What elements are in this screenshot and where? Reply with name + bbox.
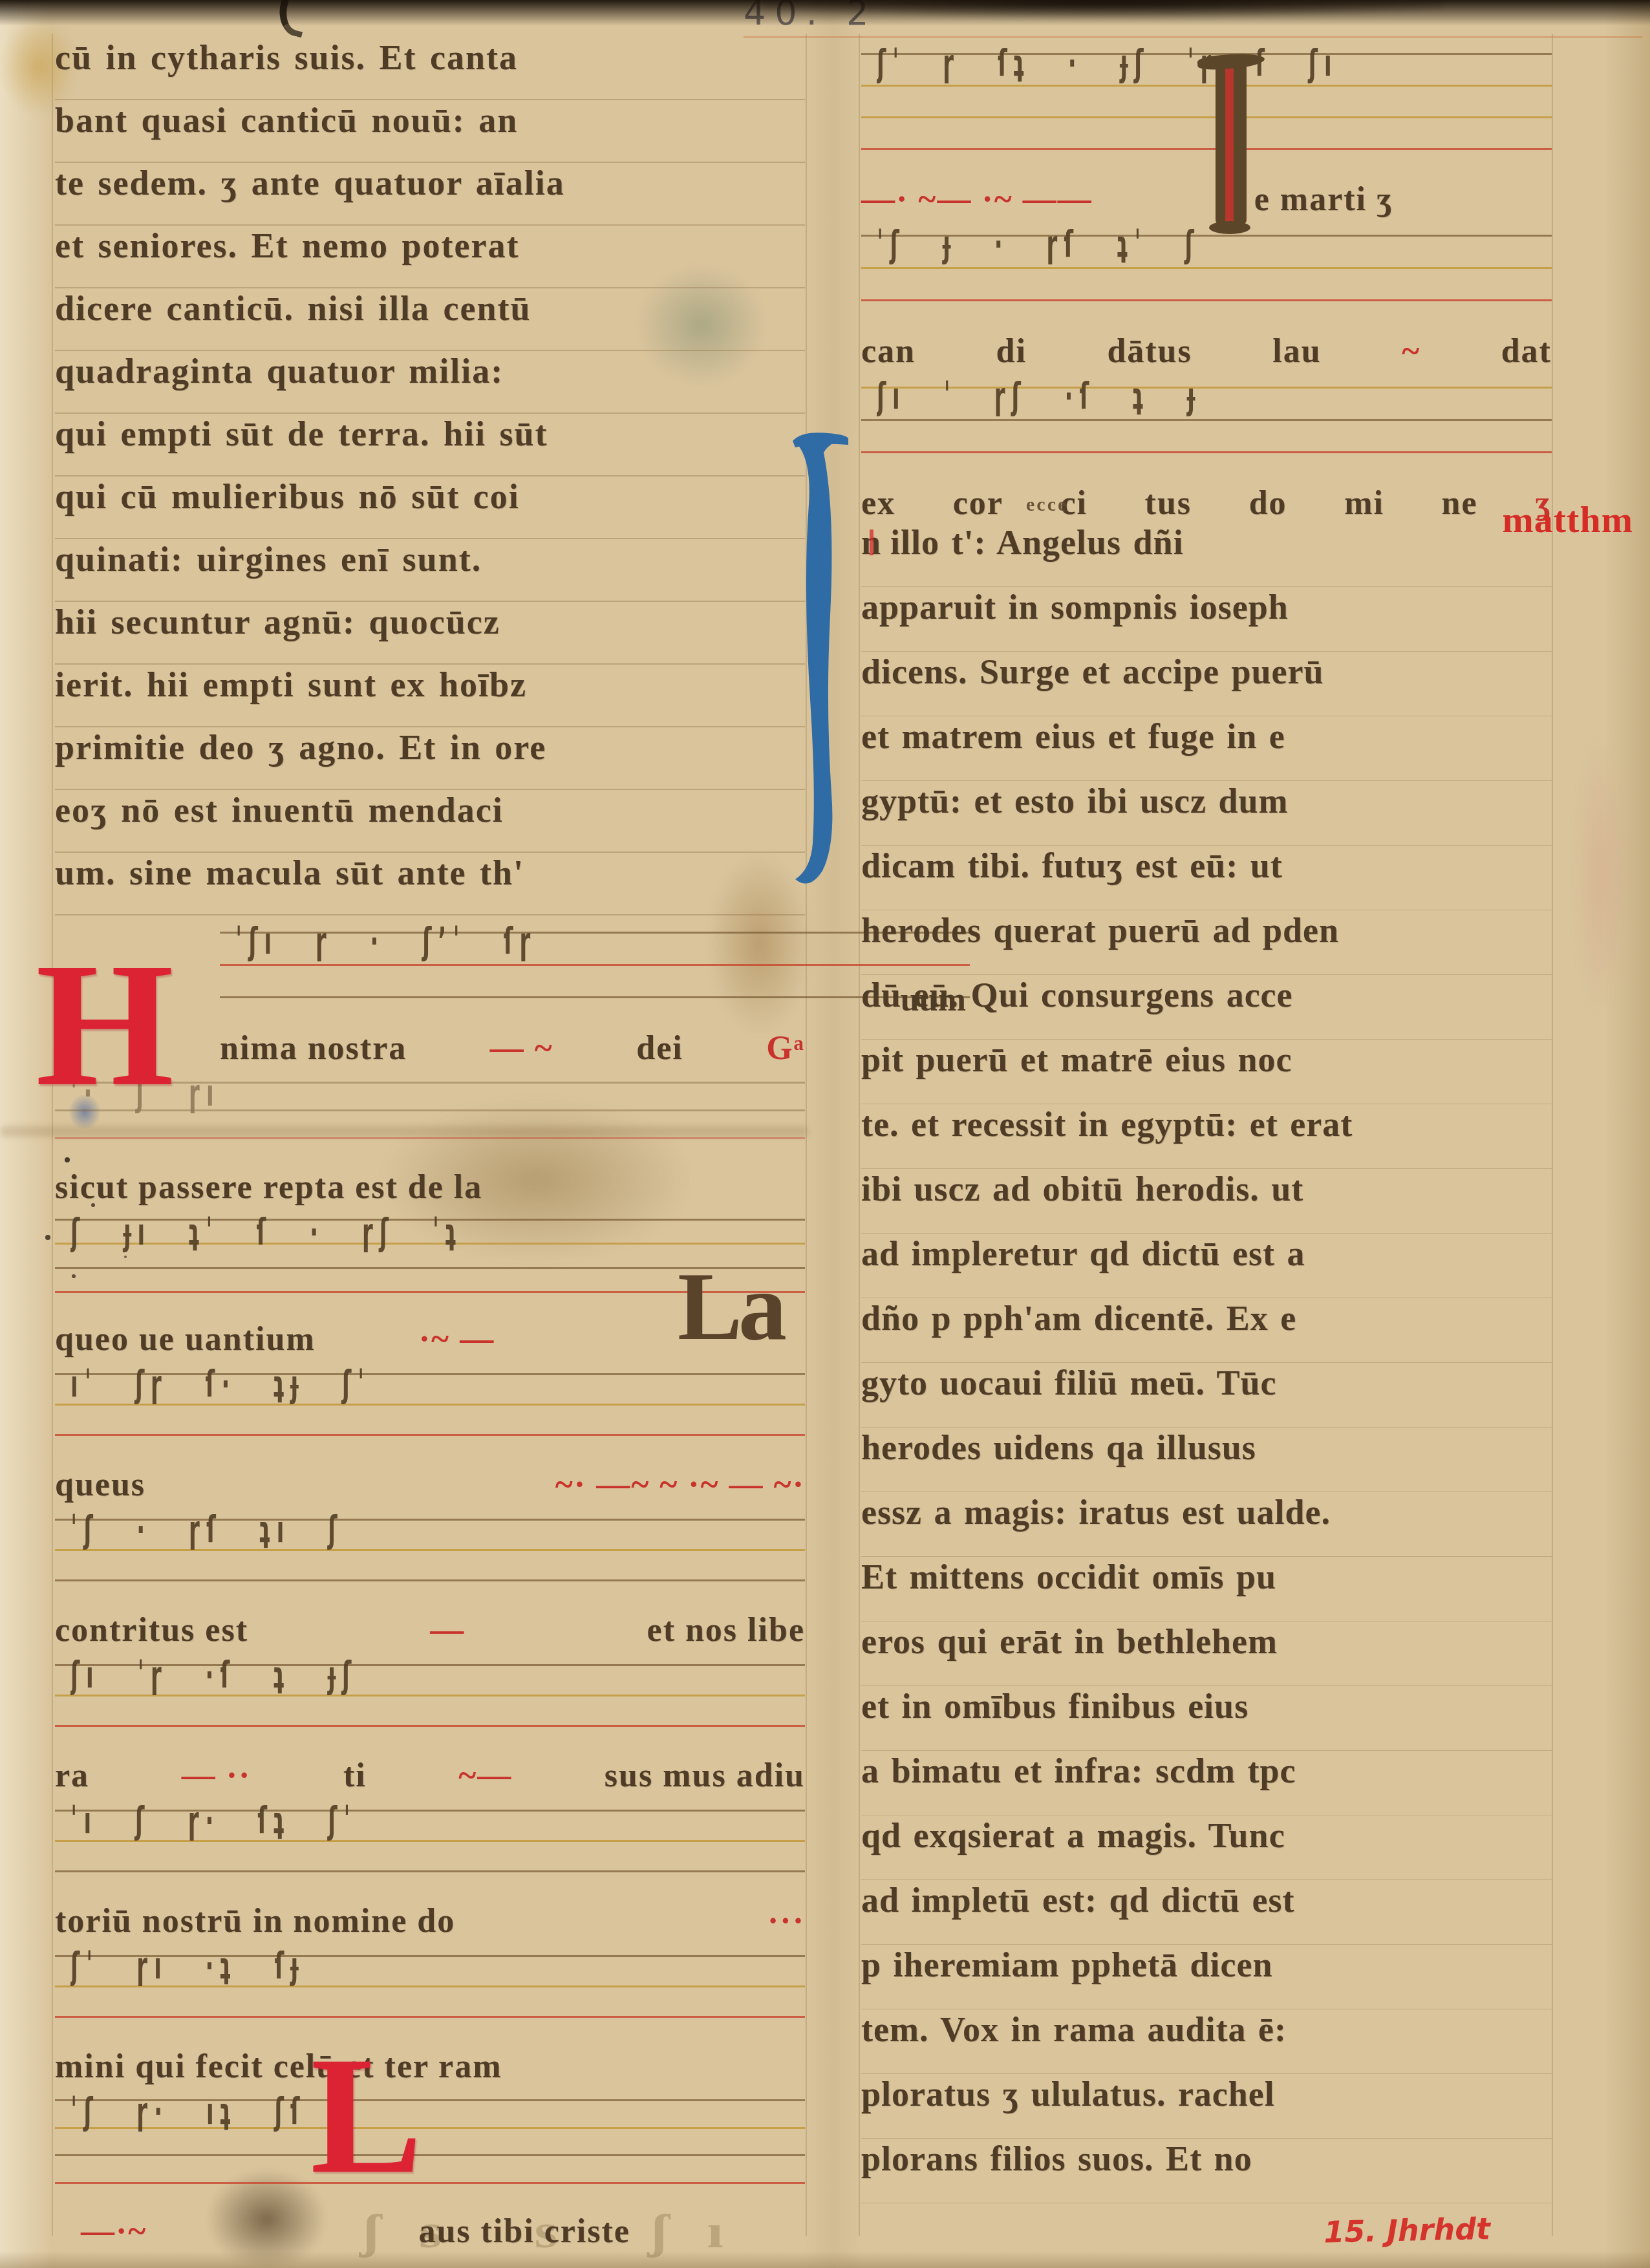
lyric-segment: queus [55, 1466, 145, 1504]
ruling-line-vertical [52, 34, 53, 2236]
lyric-segment: ti [343, 1757, 367, 1795]
lyric-segment: dei [636, 1029, 683, 1067]
staff-line [861, 116, 1552, 118]
music-staff: ˈʃ ɼ· ıʇ ʃſ [55, 2086, 805, 2196]
music-staff: ıˈ ʃɼ ſ· ʇɟ ʃˈ [55, 1358, 805, 1449]
lyric-segment: mini qui fecit celū et ter ram [55, 2048, 502, 2086]
right-column: ʃˈ ɼ ſʇ · ɟʃ ˈɼ ſ ʃı—· ~— ·~ ——e marti ʒ… [861, 37, 1552, 2245]
stain [1574, 737, 1626, 1015]
lyric-segment: sicut passere repta est de la [55, 1168, 482, 1206]
page-edge-left [0, 0, 52, 2268]
gospel-line: ad impleretur qd dictū est a [861, 1234, 1552, 1298]
ruling-line-vertical [859, 34, 860, 2236]
column-gutter [804, 0, 862, 2268]
lyric-segment: — ~ [490, 1029, 553, 1067]
initial-l: L [310, 2037, 422, 2195]
lyric-segment: cor [953, 484, 1003, 522]
page-edge-right [1605, 0, 1650, 2268]
gospel-line: essz a magis: iratus est ualde. [861, 1492, 1552, 1557]
chant-lyric-line: contritus est—et nos libe [55, 1594, 805, 1649]
staff-line [220, 964, 970, 966]
lyric-segment: di [996, 332, 1027, 370]
music-staff: ˈʃ · ɼſ ʇı ʃ [55, 1504, 805, 1594]
gospel-line: gyto uocaui filiū meū. Tūc [861, 1363, 1552, 1428]
chant-lyric-line: sicut passere repta est de la [55, 1151, 805, 1206]
chant-lyric-line: toriū nostrū in nomine do··· [55, 1885, 805, 1940]
staff-line [55, 2016, 805, 2018]
top-edge-pen-mark [273, 0, 310, 37]
music-staff: ˈʃı ɼ · ʃʼˈ ſɼuum [220, 915, 970, 1012]
gospel-line: te. et recessit in egyptū: et erat [861, 1104, 1552, 1169]
neume-notation: ˈʃ · ɼſ ʇı ʃ [70, 1509, 797, 1552]
lyric-segment: can [861, 332, 916, 370]
lyric-segment: do [1249, 484, 1287, 522]
gospel-line: qd exqsierat a magis. Tunc [861, 1815, 1552, 1880]
lyric-segment: lau [1272, 332, 1321, 370]
neume-notation: ˈ· ʃ ɼı [70, 1073, 797, 1115]
staff-line [220, 996, 970, 998]
lyric-segment: ~ [1402, 332, 1420, 370]
gospel-lines: nillo t': Angelus dñiapparuit in sompnis… [861, 522, 1552, 2203]
gospel-line: plorans filios suos. Et no [861, 2139, 1552, 2203]
lyric-segment: sus mus adiu [605, 1757, 805, 1795]
staff-line [861, 451, 1552, 453]
gospel-line: Et mittens occidit omīs pu [861, 1557, 1552, 1621]
left-column: cū in cytharis suis. Et cantabant quasi … [55, 37, 805, 2251]
gospel-line: herodes querat puerū ad pden [861, 910, 1552, 975]
chant-text-line: te sedem. ʒ ante quatuor aīalia [55, 163, 805, 226]
music-staff: ʃı ˈ ɼʃ ·ſ ʇ ɟ [861, 370, 1552, 467]
lyric-segment: —· ~— ·~ —— [861, 180, 1093, 219]
staff-line [861, 148, 1552, 150]
gospel-line: a bimatu et infra: scdm tpc [861, 1751, 1552, 1815]
gospel-line: dicam tibi. futuʒ est eū: ut [861, 846, 1552, 910]
lyric-segment: dat [1501, 332, 1552, 370]
chant-text-line: quinati: uirgines enī sunt. [55, 539, 805, 602]
staff-line [55, 2154, 805, 2156]
chant-text-line: qui empti sūt de terra. hii sūt [55, 414, 805, 476]
lesson-text-block: cū in cytharis suis. Et cantabant quasi … [55, 37, 805, 915]
staff-line [55, 1725, 805, 1727]
neume-notation: ʃˈ ɼı ·ʇ ſɟ [70, 1945, 797, 1988]
music-staff: ʃı ˈɼ ·ſ ʇ ɟʃ [55, 1649, 805, 1740]
neume-notation: ˈʃı ɼ · ʃʼˈ ſɼ [235, 921, 962, 963]
chant-lyric-line: —· ~— ·~ ——e marti ʒ [861, 164, 1552, 219]
chant-lyric-line: queus~· —~ ~ ·~ — ~· [55, 1449, 805, 1504]
chant-music-block-right: ʃˈ ɼ ſʇ · ɟʃ ˈɼ ſ ʃı—· ~— ·~ ——e marti ʒ… [861, 37, 1552, 522]
chant-lyric-line: ra— ··ti~—sus mus adiu [55, 1740, 805, 1795]
chant-text-line: et seniores. Et nemo poterat [55, 226, 805, 288]
gospel-line: tem. Vox in rama audita ē: [861, 2009, 1552, 2074]
chant-text-line: ierit. hii empti sunt ex hoībz [55, 665, 805, 727]
neume-notation: ʃ ɟı ʇˈ ſ · ɼʃ ˈʇ [70, 1212, 797, 1254]
lyric-segment: ne [1442, 484, 1478, 522]
initial-h: H [36, 943, 174, 1107]
neume-notation: ˈı ʃ ɼ· ſʇ ʃˈ [70, 1800, 797, 1843]
lyric-segment: — [430, 1611, 465, 1649]
gospel-line: et matrem eius et fuge in e [861, 716, 1552, 781]
chant-text-line: quadraginta quatuor milia: [55, 351, 805, 414]
gospel-line: dū eū. Qui consurgens acce [861, 975, 1552, 1040]
lyric-segment: dātus [1107, 332, 1192, 370]
lyric-segment: ~· —~ ~ ·~ — ~· [555, 1466, 805, 1504]
lyric-segment: toriū nostrū in nomine do [55, 1902, 455, 1940]
lyric-segment: et nos libe [647, 1611, 805, 1649]
initial-i [789, 428, 850, 910]
neume-notation: ʃı ˈɼ ·ſ ʇ ɟʃ [70, 1654, 797, 1697]
staff-line [55, 2182, 805, 2184]
gospel-line: ploratus ʒ ululatus. rachel [861, 2074, 1552, 2139]
lyric-segment: —·~ [81, 2212, 147, 2251]
top-edge-mark: 40. 2 [744, 0, 877, 33]
initial-la: La [678, 1258, 783, 1355]
chant-text-line: dicere canticū. nisi illa centū [55, 288, 805, 351]
gospel-line: et in omībus finibus eius [861, 1686, 1552, 1751]
lyric-segment: tus [1145, 484, 1192, 522]
chant-text-line: cū in cytharis suis. Et canta [55, 37, 805, 100]
staff-line [55, 1137, 805, 1139]
gospel-line: ad impletū est: qd dictū est [861, 1880, 1552, 1945]
staff-line [55, 1579, 805, 1581]
interlinear-gloss: ecce [1026, 494, 1068, 516]
chant-lyric-line: —·~aus tibi criste [81, 2196, 805, 2251]
lyric-segment: ~— [458, 1757, 512, 1795]
staff-line [55, 1434, 805, 1436]
lyric-segment: ra [55, 1757, 89, 1795]
chant-lyric-line: nima nostra— ~deiGᵃ [220, 1012, 805, 1067]
lyric-segment: e marti ʒ [1254, 180, 1393, 219]
chant-lyric-line: candidātuslau~dat [861, 316, 1552, 370]
lyric-segment: ·~ — [419, 1320, 495, 1358]
lyric-segment: queo ue uantium [55, 1320, 316, 1358]
lyric-segment: aus tibi criste [418, 2212, 630, 2251]
ruling-line-vertical [1552, 34, 1553, 2236]
gospel-line-text: illo t': Angelus dñi [890, 523, 1184, 562]
chant-text-line: hii secuntur agnū: quocūcz [55, 602, 805, 665]
gospel-line: nillo t': Angelus dñi [861, 522, 1552, 587]
gospel-line: dño p pph'am dicentē. Ex e [861, 1298, 1552, 1363]
lyric-segment: nima nostra [220, 1029, 407, 1067]
gospel-line: p iheremiam pphetā dicen [861, 1945, 1552, 2009]
staff-line [861, 267, 1552, 269]
staff-line [861, 299, 1552, 301]
lyric-segment: contritus est [55, 1611, 248, 1649]
versal-initial: n [861, 523, 881, 562]
margin-rubric-matthaeum: matthm [1502, 498, 1633, 541]
lyric-segment: ex [861, 484, 895, 522]
gospel-line: apparuit in sompnis ioseph [861, 587, 1552, 652]
lyric-segment: Gᵃ [766, 1029, 805, 1067]
manuscript-page: 40. 2 ʃs s ʃı cū in cytharis suis. Et ca… [0, 0, 1650, 2268]
chant-text-line: primitie deo ʒ agno. Et in ore [55, 727, 805, 790]
neume-notation: ˈʃ ɼ· ıʇ ʃſ [70, 2091, 797, 2134]
chant-text-line: eoʒ nō est inuentū mendaci [55, 790, 805, 853]
staff-line [861, 419, 1552, 421]
gospel-text-block: ecce matthm nillo t': Angelus dñiapparui… [861, 522, 1552, 2245]
lyric-segment: ··· [767, 1902, 805, 1940]
gospel-line: ibi uscz ad obitū herodis. ut [861, 1169, 1552, 1234]
lyric-segment: — ·· [182, 1757, 252, 1795]
gospel-line: herodes uidens qa illusus [861, 1428, 1552, 1492]
gospel-line: dicens. Surge et accipe puerū [861, 652, 1552, 716]
ruling-line-vertical [806, 34, 807, 2236]
lyric-segment: mi [1344, 484, 1384, 522]
initial-t [1216, 59, 1247, 225]
gospel-line: pit puerū et matrē eius noc [861, 1040, 1552, 1104]
chant-lyric-line: excorcitusdomineʒ [861, 467, 1552, 522]
music-staff: ˈı ʃ ɼ· ſʇ ʃˈ [55, 1795, 805, 1885]
music-staff: ʃ ɟı ʇˈ ſ · ɼʃ ˈʇLa [55, 1206, 805, 1303]
staff-line [55, 1870, 805, 1872]
chant-text-line: qui cū mulieribus nō sūt coi [55, 476, 805, 539]
chant-lyric-line: mini qui fecit celū et ter ram [55, 2031, 805, 2086]
music-staff: ˈʃ ɟ · ɼſ ʇˈ ʃ [861, 219, 1552, 316]
neume-notation: ıˈ ʃɼ ſ· ʇɟ ʃˈ [70, 1364, 797, 1406]
music-staff: ʃˈ ɼı ·ʇ ſɟ [55, 1940, 805, 2031]
modern-date-annotation: 15. Jhrhdt [861, 2210, 1552, 2259]
gospel-line: eros qui erāt in bethlehem [861, 1621, 1552, 1686]
neume-notation: ʃı ˈ ɼʃ ·ſ ʇ ɟ [877, 376, 1544, 418]
chant-text-line: bant quasi canticū nouū: an [55, 100, 805, 163]
chant-text-line: um. sine macula sūt ante th' [55, 853, 805, 915]
gospel-line: gyptū: et esto ibi uscz dum [861, 781, 1552, 846]
